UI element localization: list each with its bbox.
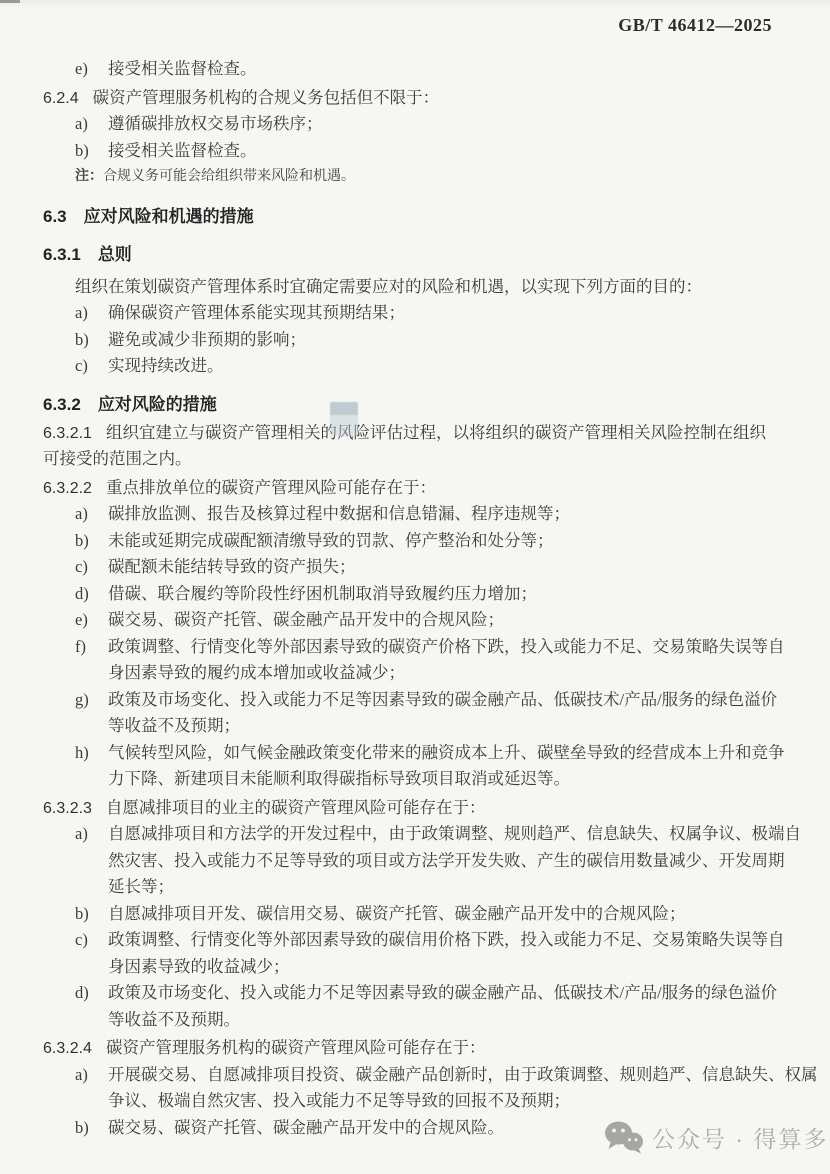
clause-number: 6.3.2.1	[43, 425, 92, 442]
doc-line: 然灾害、投入或能力不足等导致的项目或方法学开发失败、产生的碳信用数量减少、开发周…	[108, 848, 788, 875]
doc-line: 等收益不及预期；	[108, 713, 788, 740]
list-marker: e)	[75, 607, 108, 634]
footer-watermark-text: 公众号 · 得算多	[652, 1121, 828, 1154]
list-item: e)碳交易、碳资产托管、碳金融产品开发中的合规风险；	[43, 607, 788, 634]
clause-text: 碳资产管理服务机构的碳资产管理风险可能存在于：	[106, 1038, 486, 1057]
doc-line: 6.3.2.1组织宜建立与碳资产管理相关的风险评估过程，以将组织的碳资产管理相关…	[43, 420, 788, 447]
clause-text: 碳资产管理服务机构的合规义务包括但不限于：	[93, 88, 440, 107]
doc-line: 争议、极端自然灾害、投入或能力不足等导致的回报不及预期；	[108, 1088, 788, 1115]
list-marker: c)	[75, 353, 108, 380]
footer-watermark: 公众号 · 得算多	[604, 1120, 828, 1154]
list-marker: b)	[75, 327, 108, 354]
doc-line: 接受相关监督检查。	[108, 138, 788, 165]
list-item-text: 政策调整、行情变化等外部因素导致的碳资产价格下跌，投入或能力不足、交易策略失误等…	[108, 634, 788, 687]
note-label: 注：	[75, 169, 103, 184]
section-heading: 6.3.1总则	[43, 241, 788, 268]
list-item-text: 未能或延期完成碳配额清缴导致的罚款、停产整治和处分等；	[108, 528, 788, 555]
list-item-text: 政策及市场变化、投入或能力不足等因素导致的碳金融产品、低碳技术/产品/服务的绿色…	[108, 980, 788, 1033]
list-item-text: 借碳、联合履约等阶段性纾困机制取消导致履约压力增加；	[108, 581, 788, 608]
list-marker: a)	[75, 501, 108, 528]
clause-number: 6.3.2.2	[43, 480, 92, 497]
list-item-text: 碳排放监测、报告及核算过程中数据和信息错漏、程序违规等；	[108, 501, 788, 528]
list-marker: h)	[75, 740, 108, 767]
list-item-text: 遵循碳排放权交易市场秩序；	[108, 111, 788, 138]
list-marker: f)	[75, 634, 108, 661]
list-marker: b)	[75, 1115, 108, 1142]
doc-line: 借碳、联合履约等阶段性纾困机制取消导致履约压力增加；	[108, 581, 788, 608]
clause: 6.3.2.4碳资产管理服务机构的碳资产管理风险可能存在于：	[43, 1035, 788, 1062]
list-item: h)气候转型风险，如气候金融政策变化带来的融资成本上升、碳壁垒导致的经营成本上升…	[43, 740, 788, 793]
clause-number: 6.3.2.3	[43, 800, 92, 817]
list-marker: a)	[75, 111, 108, 138]
section-heading: 6.3.2应对风险的措施	[43, 391, 788, 418]
doc-line: 可接受的范围之内。	[43, 446, 788, 473]
doc-line: 碳交易、碳资产托管、碳金融产品开发中的合规风险；	[108, 607, 788, 634]
list-item-text: 自愿减排项目开发、碳信用交易、碳资产托管、碳金融产品开发中的合规风险；	[108, 901, 788, 928]
doc-line: 力下降、新建项目未能顺利取得碳指标导致项目取消或延迟等。	[108, 766, 788, 793]
doc-line: 确保碳资产管理体系能实现其预期结果；	[108, 300, 788, 327]
list-item: g)政策及市场变化、投入或能力不足等因素导致的碳金融产品、低碳技术/产品/服务的…	[43, 687, 788, 740]
list-item: f)政策调整、行情变化等外部因素导致的碳资产价格下跌，投入或能力不足、交易策略失…	[43, 634, 788, 687]
doc-line: 碳排放监测、报告及核算过程中数据和信息错漏、程序违规等；	[108, 501, 788, 528]
clause: 6.3.2.2重点排放单位的碳资产管理风险可能存在于：	[43, 475, 788, 502]
doc-line: 自愿减排项目开发、碳信用交易、碳资产托管、碳金融产品开发中的合规风险；	[108, 901, 788, 928]
doc-line: 开展碳交易、自愿减排项目投资、碳金融产品创新时，由于政策调整、规则趋严、信息缺失…	[108, 1062, 788, 1089]
list-item: c)实现持续改进。	[43, 353, 788, 380]
heading-title: 应对风险和机遇的措施	[84, 207, 254, 226]
doc-line: 避免或减少非预期的影响；	[108, 327, 788, 354]
list-item: b)自愿减排项目开发、碳信用交易、碳资产托管、碳金融产品开发中的合规风险；	[43, 901, 788, 928]
doc-line: 6.2.4碳资产管理服务机构的合规义务包括但不限于：	[43, 85, 788, 112]
list-item-text: 实现持续改进。	[108, 353, 788, 380]
list-marker: g)	[75, 687, 108, 714]
document-body: e)接受相关监督检查。6.2.4碳资产管理服务机构的合规义务包括但不限于：a)遵…	[43, 56, 788, 1141]
clause-number: 6.3.2.4	[43, 1040, 92, 1057]
list-item: d)借碳、联合履约等阶段性纾困机制取消导致履约压力增加；	[43, 581, 788, 608]
list-marker: d)	[75, 980, 108, 1007]
heading-title: 应对风险的措施	[98, 395, 217, 414]
list-item: c)政策调整、行情变化等外部因素导致的碳信用价格下跌，投入或能力不足、交易策略失…	[43, 927, 788, 980]
list-marker: b)	[75, 138, 108, 165]
list-item: b)未能或延期完成碳配额清缴导致的罚款、停产整治和处分等；	[43, 528, 788, 555]
clause: 6.3.2.1组织宜建立与碳资产管理相关的风险评估过程，以将组织的碳资产管理相关…	[43, 420, 788, 473]
heading-title: 总则	[98, 245, 132, 264]
list-item-text: 气候转型风险，如气候金融政策变化带来的融资成本上升、碳壁垒导致的经营成本上升和竞…	[108, 740, 788, 793]
doc-line: 政策及市场变化、投入或能力不足等因素导致的碳金融产品、低碳技术/产品/服务的绿色…	[108, 687, 788, 714]
doc-line: 实现持续改进。	[108, 353, 788, 380]
list-marker: d)	[75, 581, 108, 608]
doc-line: 政策调整、行情变化等外部因素导致的碳信用价格下跌，投入或能力不足、交易策略失误等…	[108, 927, 788, 954]
doc-line: 接受相关监督检查。	[108, 56, 788, 83]
section-heading: 6.3应对风险和机遇的措施	[43, 203, 788, 230]
list-item: a)开展碳交易、自愿减排项目投资、碳金融产品创新时，由于政策调整、规则趋严、信息…	[43, 1062, 788, 1115]
list-marker: c)	[75, 927, 108, 954]
doc-line: 6.3.2.4碳资产管理服务机构的碳资产管理风险可能存在于：	[43, 1035, 788, 1062]
list-item: a)碳排放监测、报告及核算过程中数据和信息错漏、程序违规等；	[43, 501, 788, 528]
clause: 6.2.4碳资产管理服务机构的合规义务包括但不限于：	[43, 85, 788, 112]
clause-text: 重点排放单位的碳资产管理风险可能存在于：	[106, 478, 436, 497]
wechat-icon	[604, 1120, 644, 1154]
doc-line: 组织在策划碳资产管理体系时宜确定需要应对的风险和机遇，以实现下列方面的目的：	[75, 274, 788, 301]
clause-number: 6.2.4	[43, 90, 79, 107]
doc-line: 身因素导致的收益减少；	[108, 954, 788, 981]
doc-line: 未能或延期完成碳配额清缴导致的罚款、停产整治和处分等；	[108, 528, 788, 555]
list-item: b)避免或减少非预期的影响；	[43, 327, 788, 354]
doc-line: 6.3.2.3自愿减排项目的业主的碳资产管理风险可能存在于：	[43, 795, 788, 822]
list-item: d)政策及市场变化、投入或能力不足等因素导致的碳金融产品、低碳技术/产品/服务的…	[43, 980, 788, 1033]
list-item: b)接受相关监督检查。	[43, 138, 788, 165]
list-marker: e)	[75, 56, 108, 83]
doc-line: 政策调整、行情变化等外部因素导致的碳资产价格下跌，投入或能力不足、交易策略失误等…	[108, 634, 788, 661]
list-marker: a)	[75, 300, 108, 327]
heading-number: 6.3.1	[43, 245, 81, 264]
list-item-text: 避免或减少非预期的影响；	[108, 327, 788, 354]
doc-line: 碳配额未能结转导致的资产损失；	[108, 554, 788, 581]
clause: 6.3.2.3自愿减排项目的业主的碳资产管理风险可能存在于：	[43, 795, 788, 822]
paragraph: 组织在策划碳资产管理体系时宜确定需要应对的风险和机遇，以实现下列方面的目的：	[43, 274, 788, 301]
list-item-text: 自愿减排项目和方法学的开发过程中，由于政策调整、规则趋严、信息缺失、权属争议、极…	[108, 821, 788, 901]
doc-line: 6.3.2.2重点排放单位的碳资产管理风险可能存在于：	[43, 475, 788, 502]
heading-number: 6.3.2	[43, 395, 81, 414]
doc-line: 自愿减排项目和方法学的开发过程中，由于政策调整、规则趋严、信息缺失、权属争议、极…	[108, 821, 788, 848]
list-item-text: 接受相关监督检查。	[108, 138, 788, 165]
list-marker: a)	[75, 821, 108, 848]
list-item-text: 碳交易、碳资产托管、碳金融产品开发中的合规风险；	[108, 607, 788, 634]
doc-line: 延长等；	[108, 874, 788, 901]
list-marker: b)	[75, 901, 108, 928]
standard-number: GB/T 46412—2025	[618, 15, 772, 36]
clause-text: 自愿减排项目的业主的碳资产管理风险可能存在于：	[106, 798, 486, 817]
list-item-text: 接受相关监督检查。	[108, 56, 788, 83]
doc-line: 遵循碳排放权交易市场秩序；	[108, 111, 788, 138]
note-text: 合规义务可能会给组织带来风险和机遇。	[103, 169, 355, 184]
list-item: c)碳配额未能结转导致的资产损失；	[43, 554, 788, 581]
list-item-text: 开展碳交易、自愿减排项目投资、碳金融产品创新时，由于政策调整、规则趋严、信息缺失…	[108, 1062, 788, 1115]
list-marker: c)	[75, 554, 108, 581]
list-marker: a)	[75, 1062, 108, 1089]
doc-line: 等收益不及预期。	[108, 1007, 788, 1034]
doc-line: 政策及市场变化、投入或能力不足等因素导致的碳金融产品、低碳技术/产品/服务的绿色…	[108, 980, 788, 1007]
scan-top-edge	[0, 0, 830, 8]
list-item-text: 碳配额未能结转导致的资产损失；	[108, 554, 788, 581]
list-item: a)确保碳资产管理体系能实现其预期结果；	[43, 300, 788, 327]
list-item-text: 确保碳资产管理体系能实现其预期结果；	[108, 300, 788, 327]
heading-number: 6.3	[43, 207, 67, 226]
scan-corner-mark	[0, 0, 20, 3]
doc-line: 气候转型风险，如气候金融政策变化带来的融资成本上升、碳壁垒导致的经营成本上升和竞…	[108, 740, 788, 767]
faded-stamp-watermark	[330, 402, 358, 436]
list-item: a)遵循碳排放权交易市场秩序；	[43, 111, 788, 138]
note: 注：合规义务可能会给组织带来风险和机遇。	[43, 164, 788, 191]
list-marker: b)	[75, 528, 108, 555]
list-item: a)自愿减排项目和方法学的开发过程中，由于政策调整、规则趋严、信息缺失、权属争议…	[43, 821, 788, 901]
clause-text: 组织宜建立与碳资产管理相关的风险评估过程，以将组织的碳资产管理相关风险控制在组织	[106, 423, 766, 442]
list-item-text: 政策及市场变化、投入或能力不足等因素导致的碳金融产品、低碳技术/产品/服务的绿色…	[108, 687, 788, 740]
list-item-text: 政策调整、行情变化等外部因素导致的碳信用价格下跌，投入或能力不足、交易策略失误等…	[108, 927, 788, 980]
doc-line: 身因素导致的履约成本增加或收益减少；	[108, 660, 788, 687]
list-item: e)接受相关监督检查。	[43, 56, 788, 83]
